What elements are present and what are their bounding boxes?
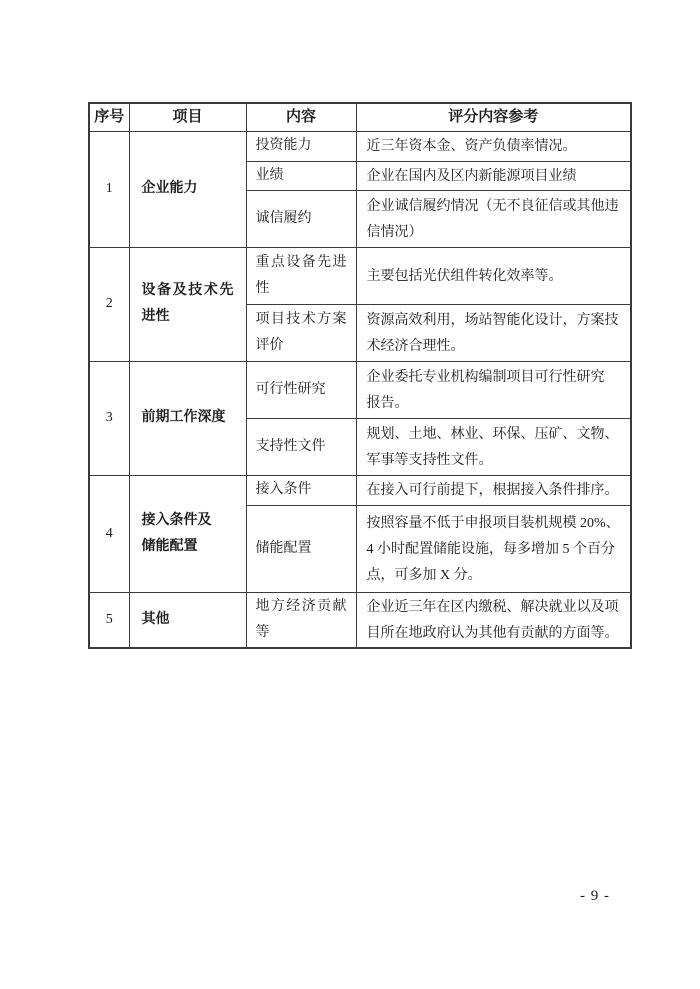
reference-cell: 主要包括光伏组件转化效率等。 <box>356 247 631 304</box>
table-row: 5 其他 地方经济贡献等 企业近三年在区内缴税、解决就业以及项 目所在地政府认为… <box>89 592 631 648</box>
content-cell: 可行性研究 <box>246 361 356 418</box>
group-index-cell: 3 <box>89 361 129 475</box>
content-cell: 项目技术方案评价 <box>246 304 356 361</box>
table-row: 4 接入条件及 储能配置 接入条件 在接入可行前提下，根据接入条件排序。 <box>89 475 631 505</box>
reference-cell: 近三年资本金、资产负债率情况。 <box>356 131 631 161</box>
content-cell: 地方经济贡献等 <box>246 592 356 648</box>
content-cell: 重点设备先进性 <box>246 247 356 304</box>
project-cell: 前期工作深度 <box>129 361 246 475</box>
project-cell: 接入条件及 储能配置 <box>129 475 246 592</box>
col-header-reference: 评分内容参考 <box>356 103 631 131</box>
col-header-content: 内容 <box>246 103 356 131</box>
scoring-criteria-table: 序号 项目 内容 评分内容参考 1 企业能力 投资能力 近三年资本金、资产负债率… <box>88 102 632 649</box>
reference-cell: 企业委托专业机构编制项目可行性研究 报告。 <box>356 361 631 418</box>
reference-cell: 企业诚信履约情况（无不良征信或其他违 信情况） <box>356 190 631 247</box>
table-row: 2 设备及技术先进性 重点设备先进性 主要包括光伏组件转化效率等。 <box>89 247 631 304</box>
project-cell: 设备及技术先进性 <box>129 247 246 361</box>
content-cell: 储能配置 <box>246 505 356 592</box>
col-header-index: 序号 <box>89 103 129 131</box>
group-index-cell: 5 <box>89 592 129 648</box>
table-row: 1 企业能力 投资能力 近三年资本金、资产负债率情况。 <box>89 131 631 161</box>
page-number: - 9 - <box>560 888 630 905</box>
reference-cell: 资源高效利用，场站智能化设计，方案技 术经济合理性。 <box>356 304 631 361</box>
project-cell: 企业能力 <box>129 131 246 247</box>
col-header-project: 项目 <box>129 103 246 131</box>
project-cell: 其他 <box>129 592 246 648</box>
group-index-cell: 2 <box>89 247 129 361</box>
reference-cell: 按照容量不低于申报项目装机规模 20%、 4 小时配置储能设施，每多增加 5 个… <box>356 505 631 592</box>
group-index-cell: 1 <box>89 131 129 247</box>
content-cell: 业绩 <box>246 161 356 190</box>
content-cell: 诚信履约 <box>246 190 356 247</box>
table-header-row: 序号 项目 内容 评分内容参考 <box>89 103 631 131</box>
content-cell: 支持性文件 <box>246 418 356 475</box>
content-cell: 投资能力 <box>246 131 356 161</box>
reference-cell: 规划、土地、林业、环保、压矿、文物、 军事等支持性文件。 <box>356 418 631 475</box>
reference-cell: 在接入可行前提下，根据接入条件排序。 <box>356 475 631 505</box>
content-cell: 接入条件 <box>246 475 356 505</box>
group-index-cell: 4 <box>89 475 129 592</box>
document-page: 序号 项目 内容 评分内容参考 1 企业能力 投资能力 近三年资本金、资产负债率… <box>0 0 700 989</box>
table-row: 3 前期工作深度 可行性研究 企业委托专业机构编制项目可行性研究 报告。 <box>89 361 631 418</box>
reference-cell: 企业在国内及区内新能源项目业绩 <box>356 161 631 190</box>
reference-cell: 企业近三年在区内缴税、解决就业以及项 目所在地政府认为其他有贡献的方面等。 <box>356 592 631 648</box>
